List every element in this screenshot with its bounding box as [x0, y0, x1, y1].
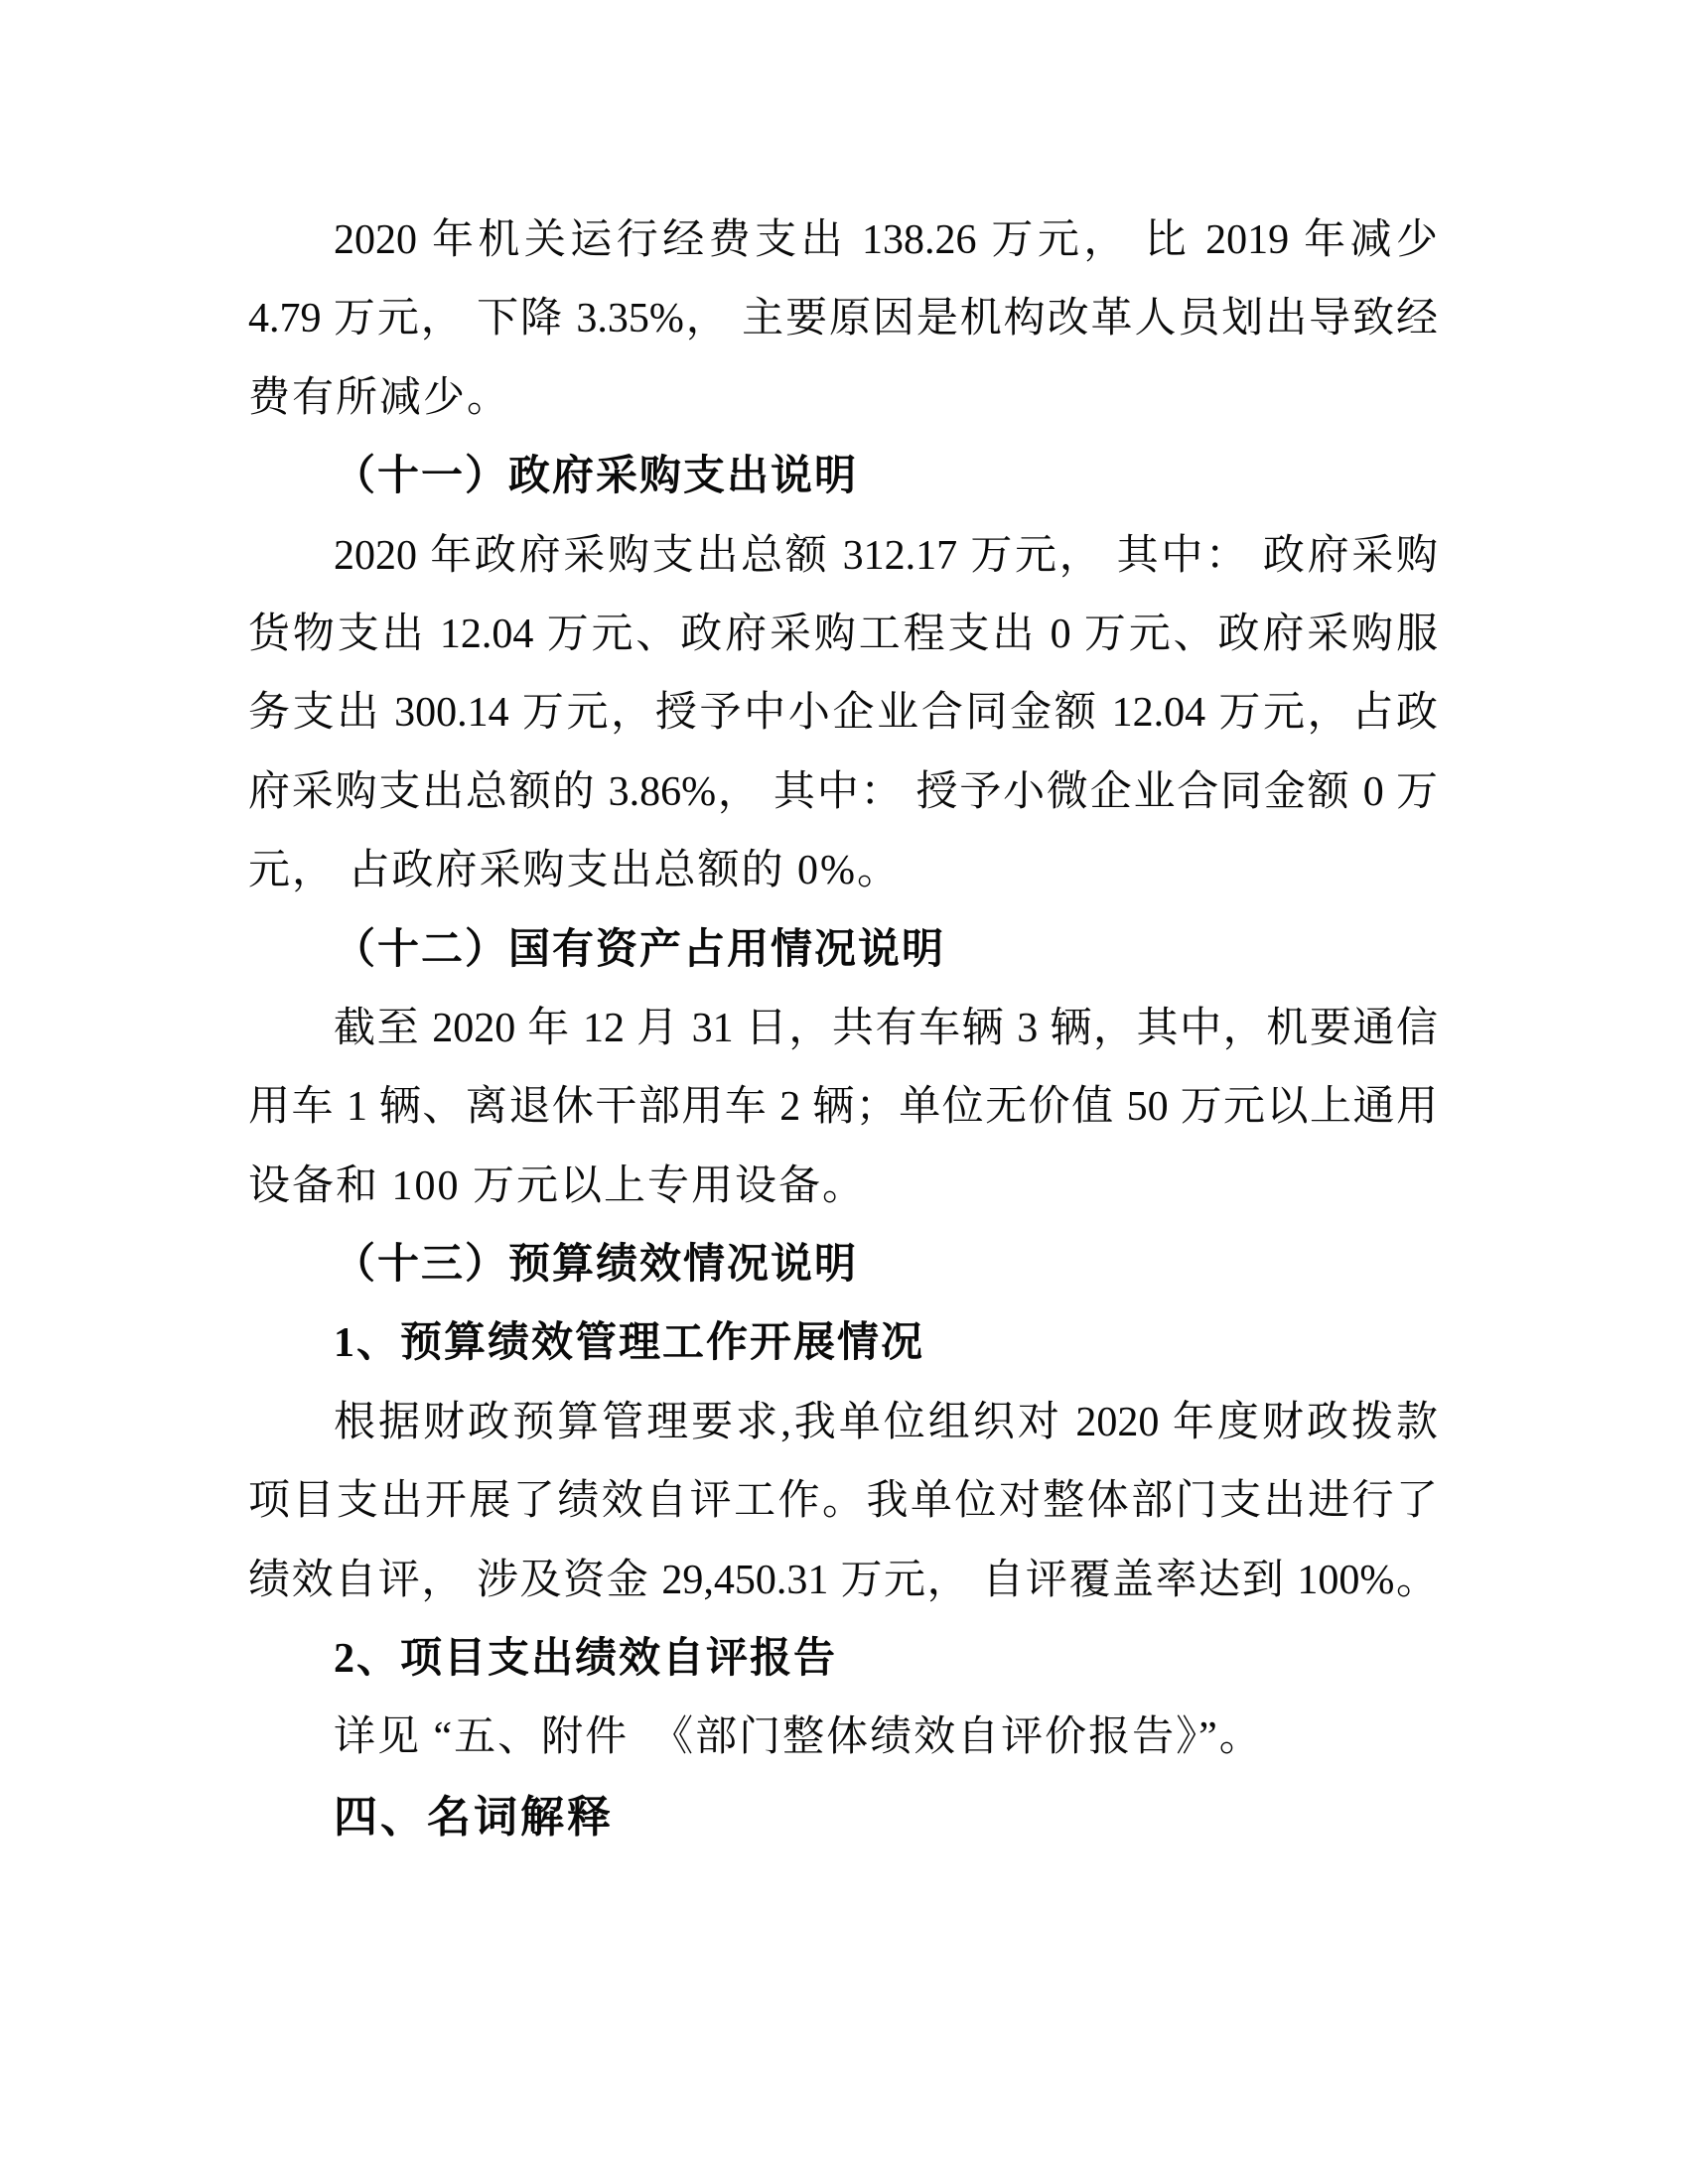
document-text-block: 2020 年机关运行经费支出 138.26 万元， 比 2019 年减少4.79…	[248, 202, 1438, 1856]
text-line: （十三）预算绩效情况说明	[248, 1226, 1438, 1304]
text-line: 四、名词解释	[248, 1778, 1438, 1856]
text-line: 费有所减少。	[248, 359, 1438, 438]
document-page: 2020 年机关运行经费支出 138.26 万元， 比 2019 年减少4.79…	[0, 0, 1688, 2184]
text-line: 详见 “五、附件 《部门整体绩效自评价报告》”。	[248, 1699, 1438, 1777]
text-line: 根据财政预算管理要求,我单位组织对 2020 年度财政拨款	[248, 1384, 1438, 1462]
text-line: 截至 2020 年 12 月 31 日，共有车辆 3 辆，其中，机要通信	[248, 990, 1438, 1068]
text-line: 4.79 万元， 下降 3.35%， 主要原因是机构改革人员划出导致经	[248, 280, 1438, 358]
text-line: 元， 占政府采购支出总额的 0%。	[248, 832, 1438, 910]
text-line: 绩效自评， 涉及资金 29,450.31 万元， 自评覆盖率达到 100%。	[248, 1542, 1438, 1620]
text-line: 货物支出 12.04 万元、政府采购工程支出 0 万元、政府采购服	[248, 596, 1438, 674]
text-line: 府采购支出总额的 3.86%， 其中： 授予小微企业合同金额 0 万	[248, 753, 1438, 832]
text-line: 用车 1 辆、离退休干部用车 2 辆；单位无价值 50 万元以上通用	[248, 1068, 1438, 1147]
text-line: 务支出 300.14 万元，授予中小企业合同金额 12.04 万元，占政	[248, 674, 1438, 752]
text-line: （十一）政府采购支出说明	[248, 438, 1438, 516]
text-line: （十二）国有资产占用情况说明	[248, 911, 1438, 990]
text-line: 2020 年机关运行经费支出 138.26 万元， 比 2019 年减少	[248, 202, 1438, 280]
text-line: 设备和 100 万元以上专用设备。	[248, 1148, 1438, 1226]
text-line: 1、预算绩效管理工作开展情况	[248, 1304, 1438, 1383]
text-line: 项目支出开展了绩效自评工作。我单位对整体部门支出进行了	[248, 1462, 1438, 1541]
text-line: 2、项目支出绩效自评报告	[248, 1620, 1438, 1699]
text-line: 2020 年政府采购支出总额 312.17 万元， 其中： 政府采购	[248, 517, 1438, 596]
